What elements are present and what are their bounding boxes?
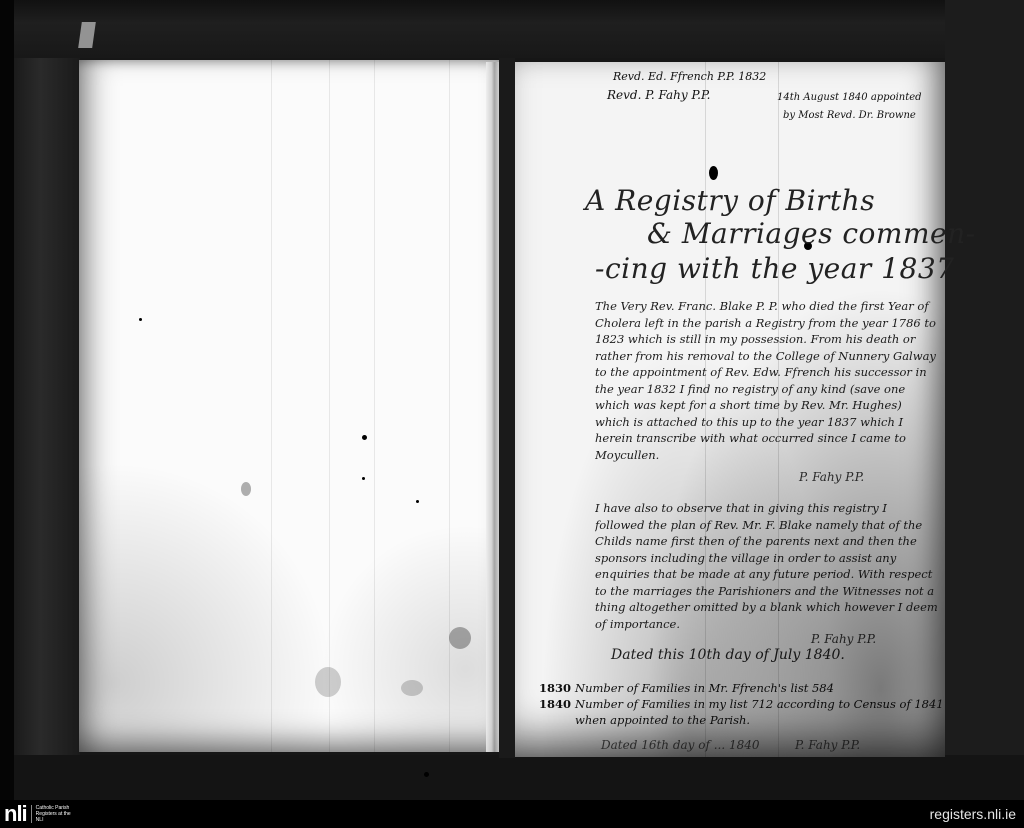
right-page: Revd. Ed. Ffrench P.P. 1832 Revd. P. Fah… bbox=[515, 62, 945, 757]
image-viewer[interactable]: Revd. Ed. Ffrench P.P. 1832 Revd. P. Fah… bbox=[0, 0, 1024, 800]
stat-row: 1830Number of Families in Mr. Ffrench's … bbox=[539, 680, 944, 696]
register-paragraph: I have also to observe that in giving th… bbox=[595, 500, 940, 640]
logo-text: Catholic Parish Registers at the NLI bbox=[36, 805, 76, 823]
margin-note: 14th August 1840 appointed bbox=[777, 92, 922, 103]
stat-row: 1840Number of Families in my list 712 ac… bbox=[539, 696, 944, 712]
date-line: Dated this 10th day of July 1840. bbox=[611, 647, 845, 663]
logo-mark: nli bbox=[4, 803, 27, 825]
margin-note: Revd. Ed. Ffrench P.P. 1832 bbox=[613, 70, 766, 83]
signature: P. Fahy P.P. bbox=[811, 632, 876, 646]
register-title-line: -cing with the year 1837 bbox=[595, 252, 954, 285]
margin-note: Revd. P. Fahy P.P. bbox=[607, 88, 710, 102]
film-border-top bbox=[14, 0, 1024, 58]
site-url-link[interactable]: registers.nli.ie bbox=[930, 806, 1016, 822]
register-title-line: & Marriages commen- bbox=[647, 217, 976, 250]
film-border-bottom bbox=[14, 755, 1024, 800]
margin-note: by Most Revd. Dr. Browne bbox=[783, 110, 916, 121]
family-statistics: 1830Number of Families in Mr. Ffrench's … bbox=[539, 680, 944, 728]
left-page bbox=[79, 60, 499, 752]
nli-logo[interactable]: nli Catholic Parish Registers at the NLI bbox=[4, 803, 76, 825]
signature: P. Fahy P.P. bbox=[799, 470, 864, 484]
logo-divider bbox=[31, 805, 32, 823]
stat-row: when appointed to the Parish. bbox=[539, 712, 944, 728]
film-border-right bbox=[945, 0, 1024, 800]
film-border-left bbox=[14, 0, 80, 800]
book-gutter bbox=[499, 58, 515, 758]
register-paragraph: The Very Rev. Franc. Blake P. P. who die… bbox=[595, 298, 940, 498]
film-edge bbox=[0, 0, 14, 800]
register-title-line: A Registry of Births bbox=[585, 184, 875, 217]
date-line: Dated 16th day of ... 1840 bbox=[601, 738, 760, 752]
page-edge bbox=[486, 62, 500, 752]
signature: P. Fahy P.P. bbox=[795, 738, 860, 752]
footer-bar: nli Catholic Parish Registers at the NLI… bbox=[0, 800, 1024, 828]
